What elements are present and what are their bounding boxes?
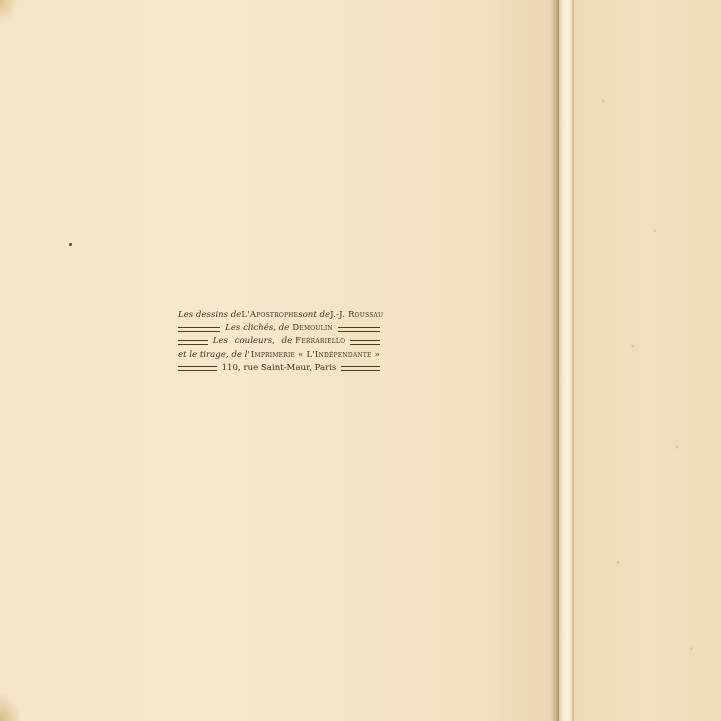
double-rule-left [178,327,220,332]
illustrator-name: J.-J. Roussau [330,309,383,322]
colophon-line-printing: et le tirage, de l' Imprimerie « L'Indép… [178,349,380,362]
colophon-line-drawings: Les dessins de L'Apostrophe sont de J.-J… [178,309,380,322]
ink-speck [69,243,72,246]
plates-label: Les clichés, de [225,322,289,335]
printer-name: Imprimerie « L'Indépendante » [251,349,380,362]
drawings-by-label: sont de [298,309,330,322]
colophon-line-colours: Les couleurs, de Ferrariello [178,335,380,348]
drawings-label: Les dessins de [178,309,241,322]
double-rule-right [338,327,380,332]
colophon-line-plates: Les clichés, de Demoulin [178,322,380,335]
colophon-line-address: 110, rue Saint-Maur, Paris [178,362,380,375]
printing-label: et le tirage, de l' [178,349,250,362]
scanned-book-spread: Les dessins de L'Apostrophe sont de J.-J… [0,0,721,721]
double-rule-right [341,366,380,371]
colours-label: Les couleurs, de [213,335,292,348]
double-rule-right [350,340,380,345]
left-page: Les dessins de L'Apostrophe sont de J.-J… [0,0,558,721]
binding-strip [558,0,573,721]
double-rule-left [178,340,208,345]
double-rule-left [178,366,217,371]
right-page [574,0,721,721]
colourist-name: Ferrariello [295,335,345,348]
colophon-block: Les dessins de L'Apostrophe sont de J.-J… [178,309,380,375]
platemaker-name: Demoulin [292,322,333,335]
printer-address: 110, rue Saint-Maur, Paris [222,362,337,375]
publication-name: L'Apostrophe [241,309,298,322]
